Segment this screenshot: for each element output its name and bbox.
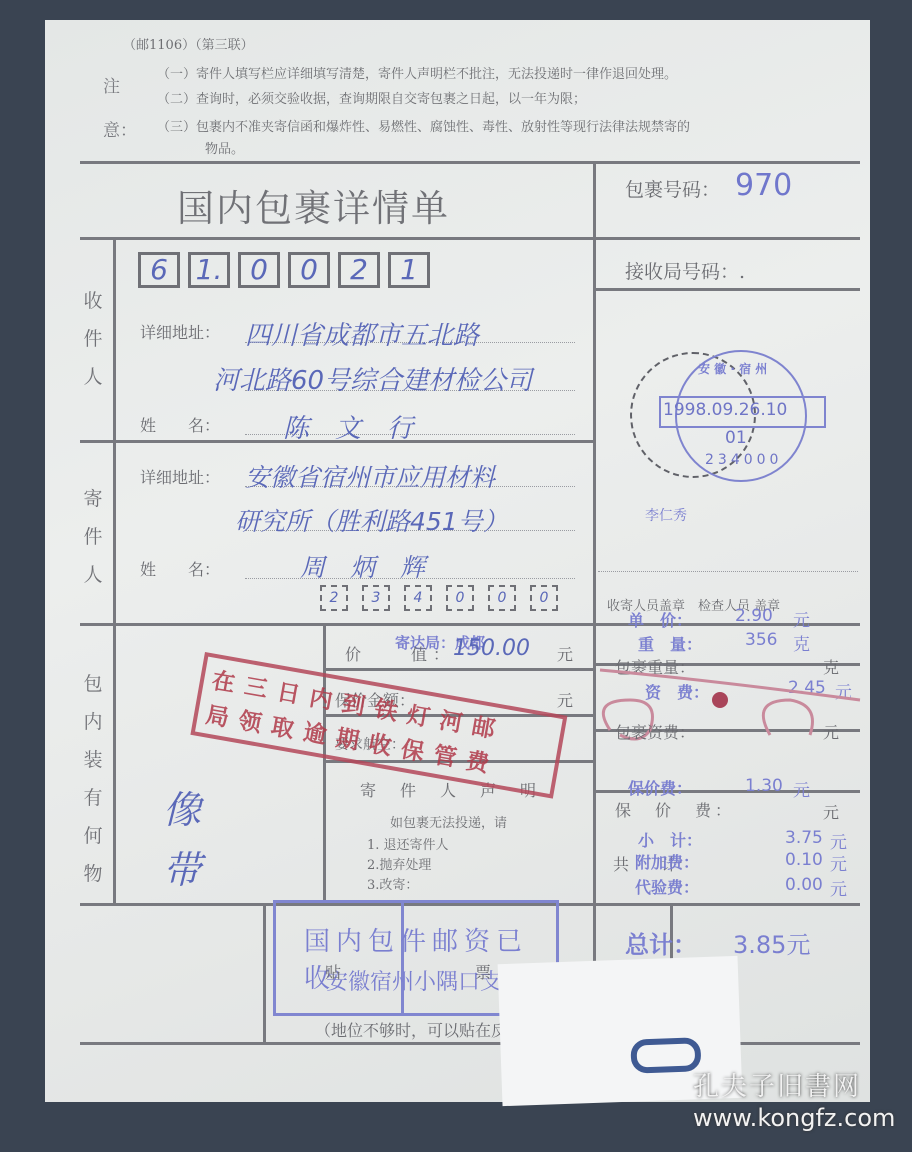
recipient-name[interactable]: 陈 文 行 xyxy=(283,408,413,445)
sender-address-label: 详细地址： xyxy=(140,465,220,488)
recipient-postcode-digit[interactable]: 1 xyxy=(388,252,430,288)
subtotal-value: 3.75 xyxy=(785,828,823,848)
postmark-counter: 01 xyxy=(725,428,747,448)
sender-postcode-digit[interactable]: 0 xyxy=(488,585,516,611)
rule xyxy=(323,623,326,905)
insurance-value: 1.30 xyxy=(745,776,783,796)
sender-postcode-digit[interactable]: 0 xyxy=(530,585,558,611)
declaration-option-abandon[interactable]: 2.抛弃处理 xyxy=(367,854,431,873)
watermark-url: www.kongfz.com xyxy=(693,1104,895,1132)
rule xyxy=(593,161,596,1056)
sender-address-line-1[interactable]: 安徽省宿州市应用材料 xyxy=(245,458,495,494)
value-label: 价 值： xyxy=(345,642,455,665)
unit-price-unit: 元 xyxy=(793,606,810,631)
contents-handwritten[interactable]: 像带 xyxy=(163,780,203,900)
notice-3: （三）包裹内不准夹寄信函和爆炸性、易燃性、腐蚀性、毒性、放射性等现行法律法规禁寄… xyxy=(157,116,690,135)
recipient-address-line-1[interactable]: 四川省成都市五北路 xyxy=(245,315,479,352)
parcel-form: （邮1106）（第三联） 注 意： （一）寄件人填写栏应详细填写清楚，寄件人声明… xyxy=(45,20,870,1102)
sender-postcode-digit[interactable]: 4 xyxy=(404,585,432,611)
recipient-section-label: 收 件 人 xyxy=(81,282,105,396)
declaration-intro: 如包裹无法投递，请 xyxy=(390,812,507,831)
insured-amount-unit: 元 xyxy=(557,688,573,711)
weight-unit: 克 xyxy=(793,630,810,655)
contents-section-label: 包 内 装 有 何 物 xyxy=(81,665,105,893)
paste-label-1: 贴 xyxy=(325,960,341,983)
notice-4: 物品。 xyxy=(205,138,244,157)
unit-price-value: 2.90 xyxy=(735,606,773,626)
page-title: 国内包裹详情单 xyxy=(177,178,450,232)
receiving-office-label: 接收局号码：. xyxy=(625,257,745,284)
signature-line xyxy=(598,571,858,572)
recipient-postcode-digit[interactable]: 0 xyxy=(288,252,330,288)
rule xyxy=(80,237,860,240)
rule xyxy=(263,903,266,1043)
sender-postcode-digit[interactable]: 0 xyxy=(446,585,474,611)
sender-name[interactable]: 周 炳 辉 xyxy=(300,548,425,584)
declaration-option-return[interactable]: 1. 退还寄件人 xyxy=(367,834,449,853)
unit-price-label: 单 价： xyxy=(628,608,692,631)
declared-value[interactable]: 150.00 xyxy=(453,636,530,661)
watermark-cn: 孔夫子旧書网 xyxy=(693,1066,861,1103)
grand-total-label: 总计： xyxy=(625,925,697,960)
recipient-address-label: 详细地址： xyxy=(140,320,220,343)
recipient-name-label: 姓 名： xyxy=(140,413,220,436)
red-pickup-stamp: 在三日内到铁灯河邮 局领取逾期收保管费 xyxy=(190,652,567,799)
sender-postcode-digit[interactable]: 2 xyxy=(320,585,348,611)
inspection-fee-unit: 元 xyxy=(830,875,847,900)
grand-total-value: 3.85元 xyxy=(733,925,810,960)
postmark-stamp: 安 徽 · 宿 州 1998.09.26.10 01 234000 xyxy=(660,350,810,480)
postmark-top-text: 安 徽 · 宿 州 xyxy=(698,360,767,377)
clerk-name-stamp: 李仁秀 xyxy=(645,505,687,525)
parcel-postage-label: 包裹资费： xyxy=(615,720,695,743)
weight-label: 重 量： xyxy=(638,632,702,655)
rule xyxy=(593,288,860,291)
inspection-fee-label: 代验费： xyxy=(635,875,699,898)
recipient-postcode-digit[interactable]: 0 xyxy=(238,252,280,288)
notice-label-2: 意： xyxy=(103,116,137,141)
parcel-number-label: 包裹号码： xyxy=(625,175,720,202)
weight-value: 356 xyxy=(745,630,777,650)
insurance-unit: 元 xyxy=(793,776,810,801)
insurance-print-unit: 元 xyxy=(823,800,839,823)
sender-name-label: 姓 名： xyxy=(140,557,220,580)
insurance-stamp-label: 保价费： xyxy=(628,776,692,799)
parcel-number-value[interactable]: 970 xyxy=(735,168,792,203)
notice-1: （一）寄件人填写栏应详细填写清楚，寄件人声明栏不批注，无法投递时一律作退回处理。 xyxy=(157,63,677,82)
paid-stamp-line-2: 安徽宿州小隅口支局 xyxy=(326,965,524,996)
paste-label-2: 票 xyxy=(475,960,491,983)
postmark-postcode: 234000 xyxy=(705,452,782,468)
recipient-address-line-2[interactable]: 河北路60号综合建材检公司 xyxy=(213,360,532,397)
surcharge-unit: 元 xyxy=(830,850,847,875)
notice-2: （二）查询时，必须交验收据，查询期限自交寄包裹之日起，以一年为限； xyxy=(157,88,586,107)
recipient-postcode-digit[interactable]: 6 xyxy=(138,252,180,288)
parcel-postage-unit: 元 xyxy=(823,720,839,743)
sender-address-line-2[interactable]: 研究所（胜利路451号） xyxy=(235,502,508,538)
subtotal-label: 小 计： xyxy=(638,828,702,851)
rule xyxy=(113,237,116,905)
notice-label-1: 注 xyxy=(103,72,120,97)
postmark-date: 1998.09.26.10 xyxy=(663,400,787,420)
inspection-fee-value: 0.00 xyxy=(785,875,823,895)
sender-postcode-digit[interactable]: 3 xyxy=(362,585,390,611)
blue-oval-mark xyxy=(630,1037,701,1073)
rule xyxy=(80,161,860,164)
surcharge-value: 0.10 xyxy=(785,850,823,870)
rule xyxy=(80,1042,860,1045)
surcharge-label: 附加费： xyxy=(635,850,699,873)
insurance-label: 保 价 费： xyxy=(615,798,735,821)
recipient-postcode-digit[interactable]: 1. xyxy=(188,252,230,288)
rule xyxy=(323,668,596,671)
value-unit: 元 xyxy=(557,642,573,665)
recipient-postcode-digit[interactable]: 2 xyxy=(338,252,380,288)
sender-section-label: 寄 件 人 xyxy=(81,480,105,594)
declaration-option-redirect[interactable]: 3.改寄： xyxy=(367,874,418,893)
form-code: （邮1106）（第三联） xyxy=(123,34,254,53)
stamp-area-note: （地位不够时，可以贴在反 xyxy=(315,1018,507,1041)
